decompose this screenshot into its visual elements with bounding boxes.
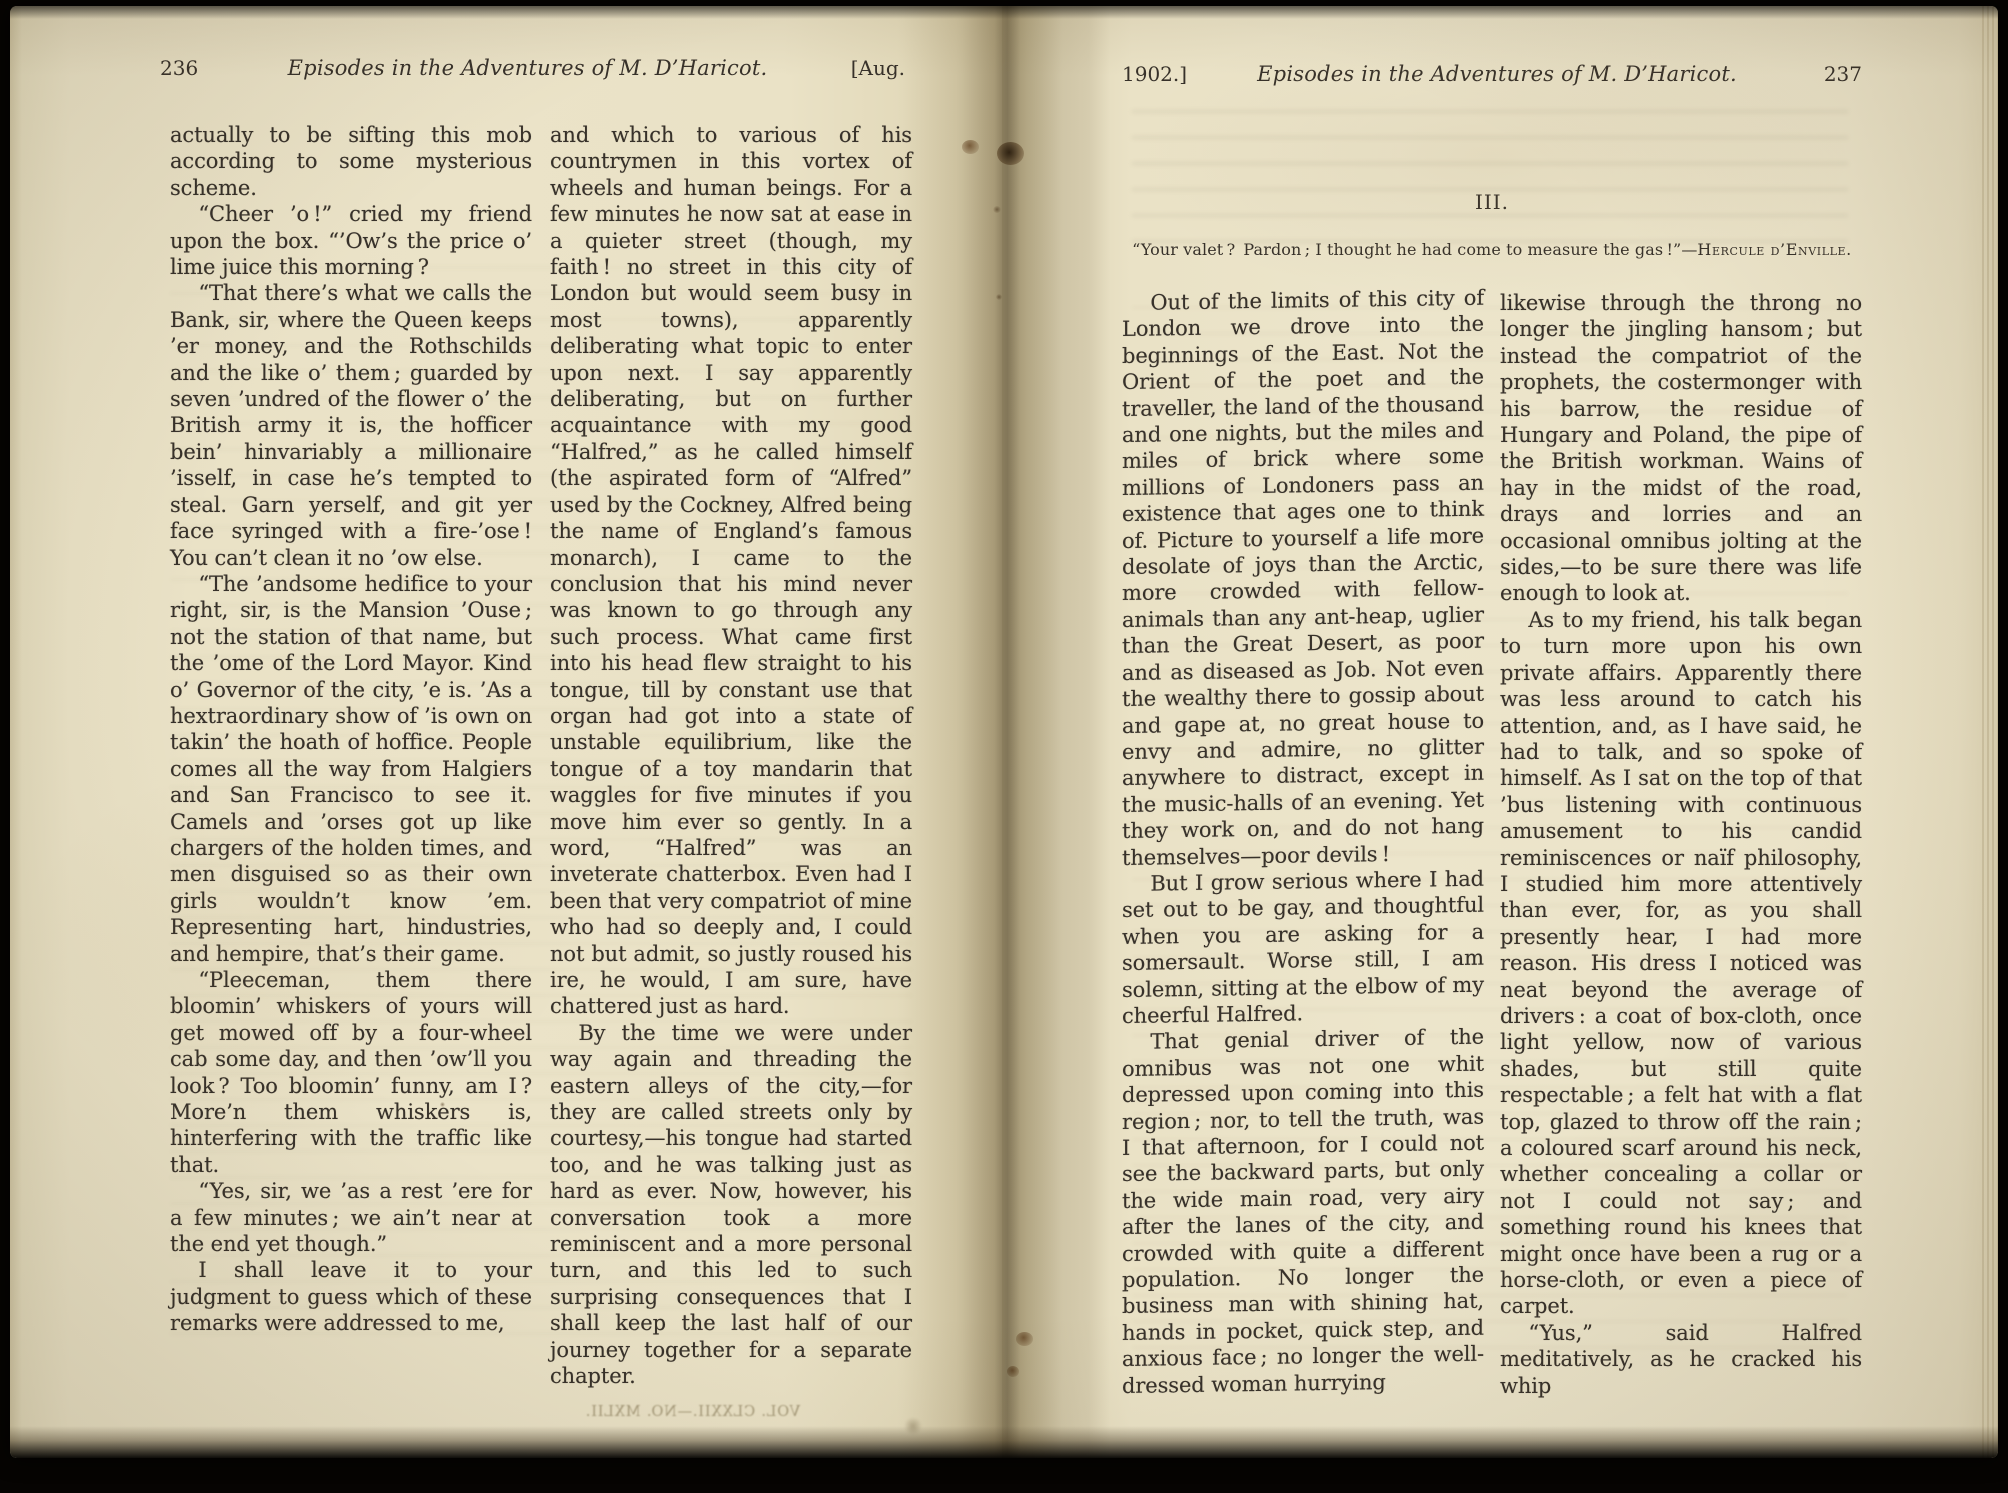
- running-title-right: Episodes in the Adventures of M. D’Haric…: [1212, 62, 1782, 86]
- epigraph-attribution: Hercule d’Enville.: [1697, 240, 1851, 259]
- paragraph: But I grow serious where I had set out t…: [1122, 866, 1484, 1030]
- paragraph: “Yes, sir, we ’as a rest ’ere for a few …: [170, 1178, 532, 1257]
- running-title-left: Episodes in the Adventures of M. D’Haric…: [240, 56, 815, 80]
- paragraph: “Cheer ’o !” cried my friend upon the bo…: [170, 201, 532, 280]
- paragraph: By the time we were under way again and …: [550, 1020, 912, 1390]
- epigraph: “Your valet ? Pardon ; I thought he had …: [1102, 240, 1882, 259]
- paragraph: “Pleeceman, them there bloomin’ whiskers…: [170, 967, 532, 1178]
- paragraph: and which to various of his countrymen i…: [550, 122, 912, 1020]
- paragraph: As to my friend, his talk began to turn …: [1500, 607, 1862, 1320]
- issue-month-label: [Aug.: [815, 56, 905, 80]
- issue-year-label: 1902.]: [1122, 62, 1212, 86]
- book-scan: 236 Episodes in the Adventures of M. D’H…: [0, 0, 2008, 1493]
- left-running-header: 236 Episodes in the Adventures of M. D’H…: [160, 56, 905, 80]
- right-column-2: likewise through the throng no longer th…: [1500, 290, 1862, 1399]
- top-edge-shadow: [10, 6, 1998, 19]
- paragraph: “That there’s what we calls the Bank, si…: [170, 280, 532, 570]
- paragraph: “The ’andsome hedifice to your right, si…: [170, 571, 532, 967]
- chapter-heading: III.: [1122, 190, 1862, 214]
- page-number-right: 237: [1782, 62, 1862, 86]
- right-running-header: 1902.] Episodes in the Adventures of M. …: [1122, 62, 1862, 86]
- paragraph: actually to be sifting this mob accordin…: [170, 122, 532, 201]
- show-through-volume-line: VOL. CLXXII.—NO. MXLII.: [585, 1404, 800, 1420]
- left-column-1: actually to be sifting this mob accordin…: [170, 122, 532, 1337]
- paragraph: “Yus,” said Halfred meditatively, as he …: [1500, 1320, 1862, 1399]
- paragraph: I shall leave it to your judgment to gue…: [170, 1257, 532, 1336]
- bottom-edge-shadow: [10, 1426, 1998, 1458]
- fore-edge-pages: [1982, 6, 1998, 1458]
- page-number-left: 236: [160, 56, 240, 80]
- left-column-2: and which to various of his countrymen i…: [550, 122, 912, 1390]
- paragraph: likewise through the throng no longer th…: [1500, 290, 1862, 607]
- epigraph-text: “Your valet ? Pardon ; I thought he had …: [1132, 240, 1697, 259]
- paragraph: Out of the limits of this city of London…: [1122, 285, 1484, 871]
- paragraph: That genial driver of the omnibus was no…: [1122, 1024, 1484, 1399]
- right-column-1: Out of the limits of this city of London…: [1122, 285, 1484, 1399]
- open-book-spread: 236 Episodes in the Adventures of M. D’H…: [10, 6, 1998, 1458]
